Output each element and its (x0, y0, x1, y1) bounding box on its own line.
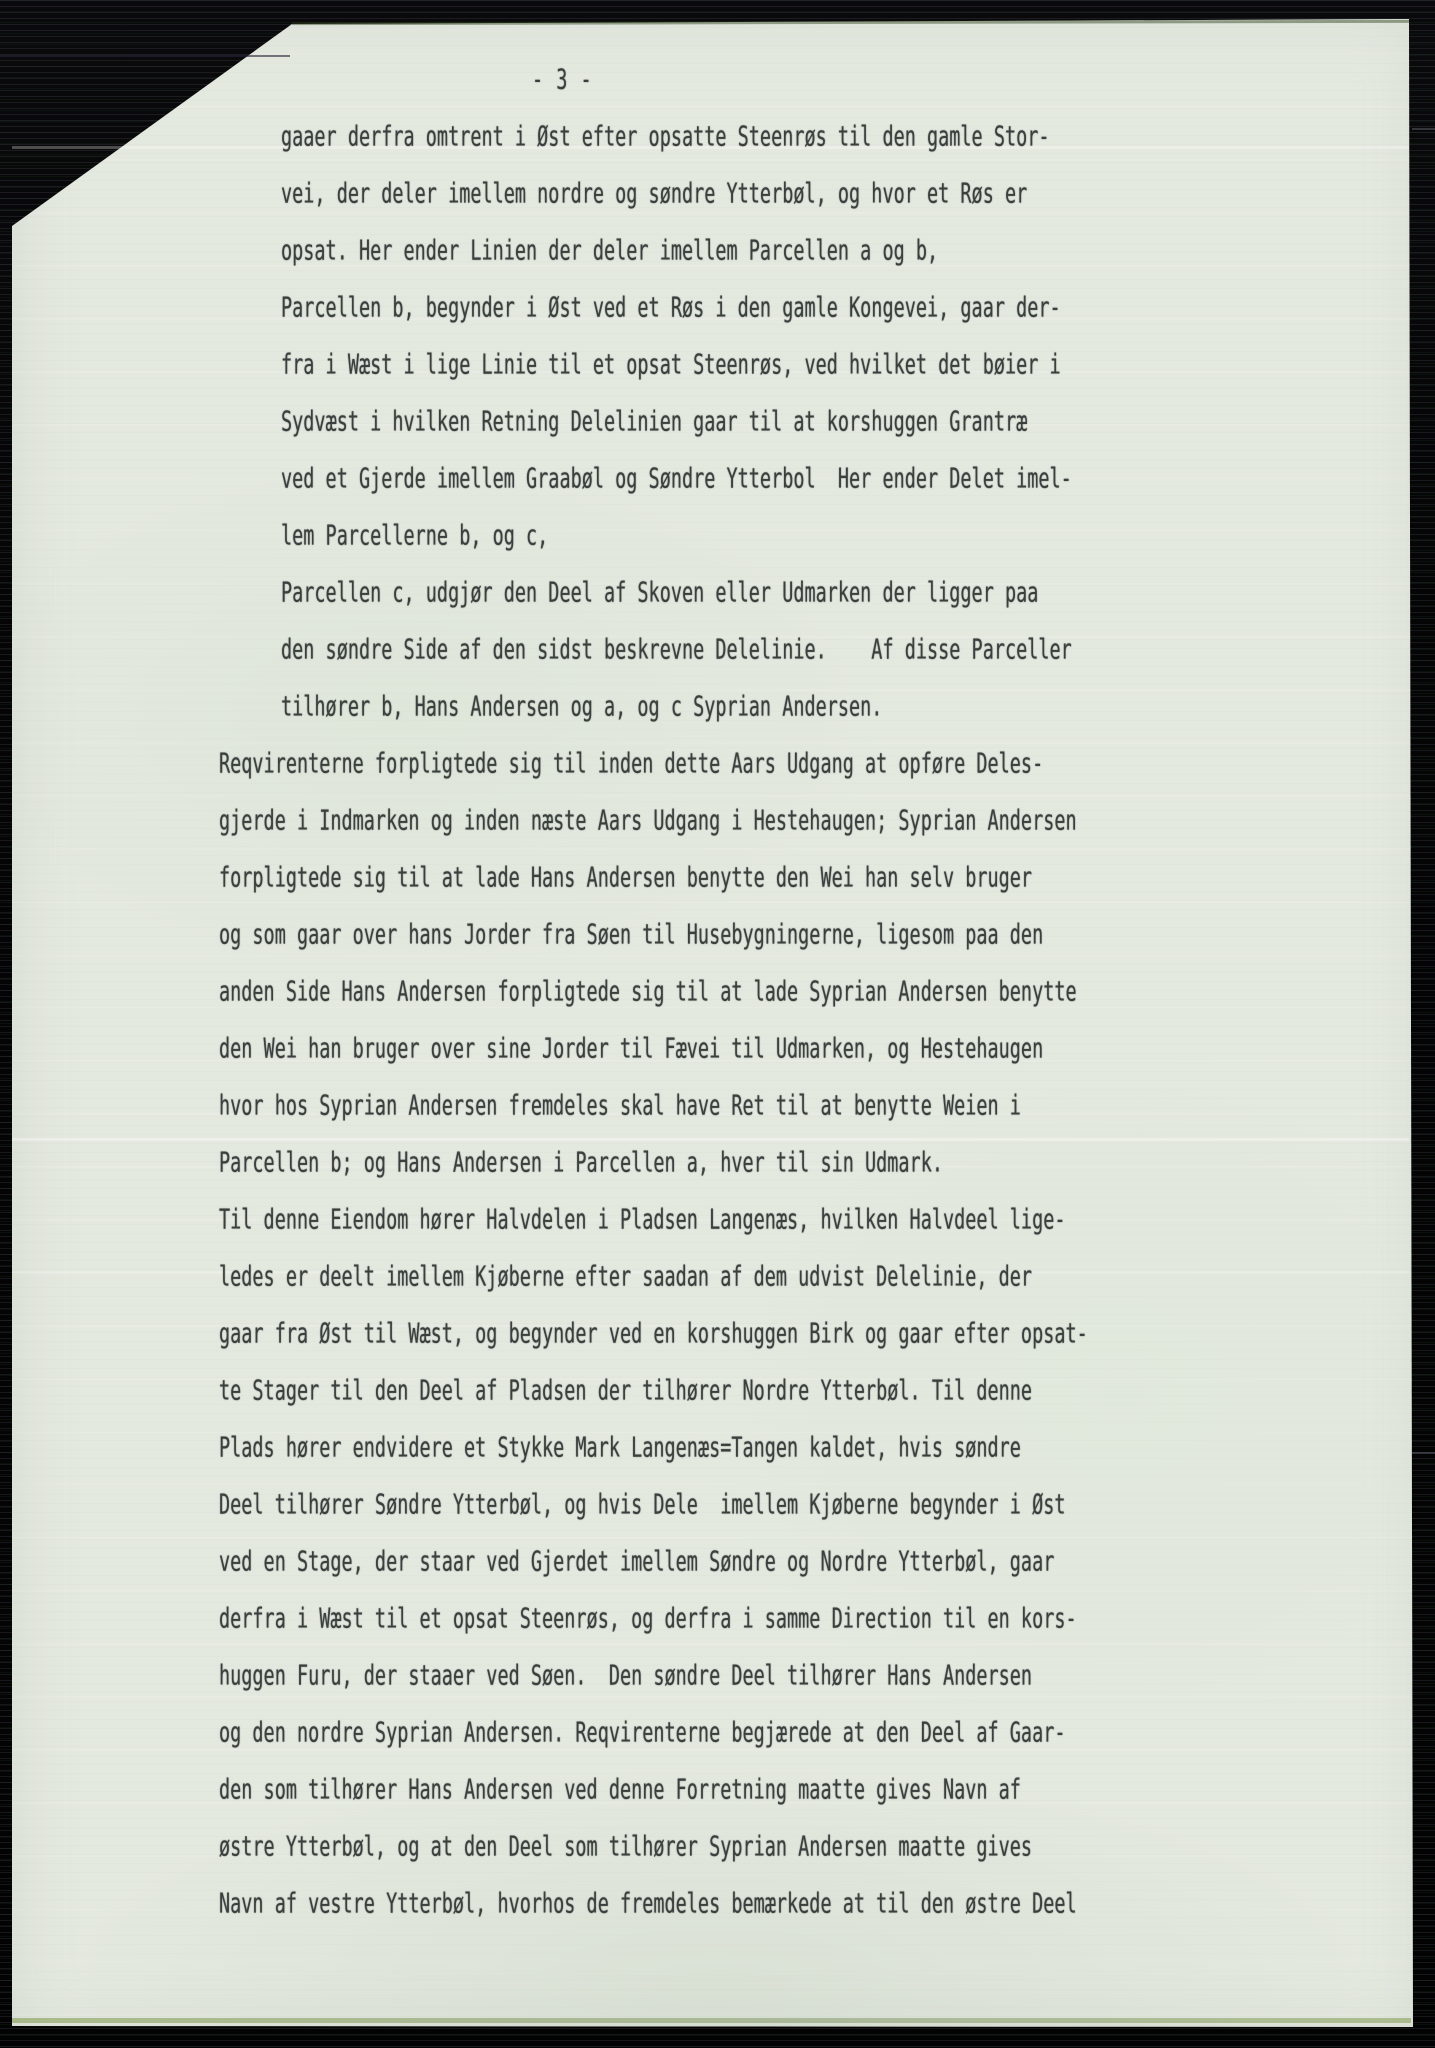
text-line: Til denne Eiendom hører Halvdelen i Plad… (0, 1193, 1435, 1250)
text-line: den søndre Side af den sidst beskrevne D… (0, 623, 1435, 680)
text-line: hvor hos Syprian Andersen fremdeles skal… (0, 1079, 1435, 1136)
text-line: forpligtede sig til at lade Hans Anderse… (0, 851, 1435, 908)
text-line: østre Ytterbøl, og at den Deel som tilhø… (0, 1820, 1435, 1877)
text-line: ledes er deelt imellem Kjøberne efter sa… (0, 1250, 1435, 1307)
text-line: Navn af vestre Ytterbøl, hvorhos de frem… (0, 1877, 1435, 1934)
text-line: te Stager til den Deel af Pladsen der ti… (0, 1364, 1435, 1421)
text-line: den som tilhører Hans Andersen ved denne… (0, 1763, 1435, 1820)
text-line: Parcellen c, udgjør den Deel af Skoven e… (0, 566, 1435, 623)
text-line: ved en Stage, der staar ved Gjerdet imel… (0, 1535, 1435, 1592)
typewritten-text-layer: - 3 - gaaer derfra omtrent i Øst efter o… (0, 0, 1435, 2048)
text-line: Plads hører endvidere et Stykke Mark Lan… (0, 1421, 1435, 1478)
text-line: Deel tilhører Søndre Ytterbøl, og hvis D… (0, 1478, 1435, 1535)
text-line: ved et Gjerde imellem Graabøl og Søndre … (0, 452, 1435, 509)
text-line: Reqvirenterne forpligtede sig til inden … (0, 737, 1435, 794)
text-line: og den nordre Syprian Andersen. Reqviren… (0, 1706, 1435, 1763)
text-line: Sydvæst i hvilken Retning Delelinien gaa… (0, 395, 1435, 452)
text-line: vei, der deler imellem nordre og søndre … (0, 167, 1435, 224)
text-line: den Wei han bruger over sine Jorder til … (0, 1022, 1435, 1079)
text-line: derfra i Wæst til et opsat Steenrøs, og … (0, 1592, 1435, 1649)
text-line: gjerde i Indmarken og inden næste Aars U… (0, 794, 1435, 851)
text-line: opsat. Her ender Linien der deler imelle… (0, 224, 1435, 281)
text-line: tilhører b, Hans Andersen og a, og c Syp… (0, 680, 1435, 737)
text-line: Parcellen b; og Hans Andersen i Parcelle… (0, 1136, 1435, 1193)
text-line: fra i Wæst i lige Linie til et opsat Ste… (0, 338, 1435, 395)
text-line: Parcellen b, begynder i Øst ved et Røs i… (0, 281, 1435, 338)
text-body: gaaer derfra omtrent i Øst efter opsatte… (0, 110, 1435, 1934)
scan-background: - 3 - gaaer derfra omtrent i Øst efter o… (0, 0, 1435, 2048)
text-line: lem Parcellerne b, og c, (0, 509, 1435, 566)
text-line: og som gaar over hans Jorder fra Søen ti… (0, 908, 1435, 965)
text-line: huggen Furu, der staaer ved Søen. Den sø… (0, 1649, 1435, 1706)
text-line: gaar fra Øst til Wæst, og begynder ved e… (0, 1307, 1435, 1364)
text-line: gaaer derfra omtrent i Øst efter opsatte… (0, 110, 1435, 167)
page-number: - 3 - (532, 53, 593, 110)
text-line: anden Side Hans Andersen forpligtede sig… (0, 965, 1435, 1022)
